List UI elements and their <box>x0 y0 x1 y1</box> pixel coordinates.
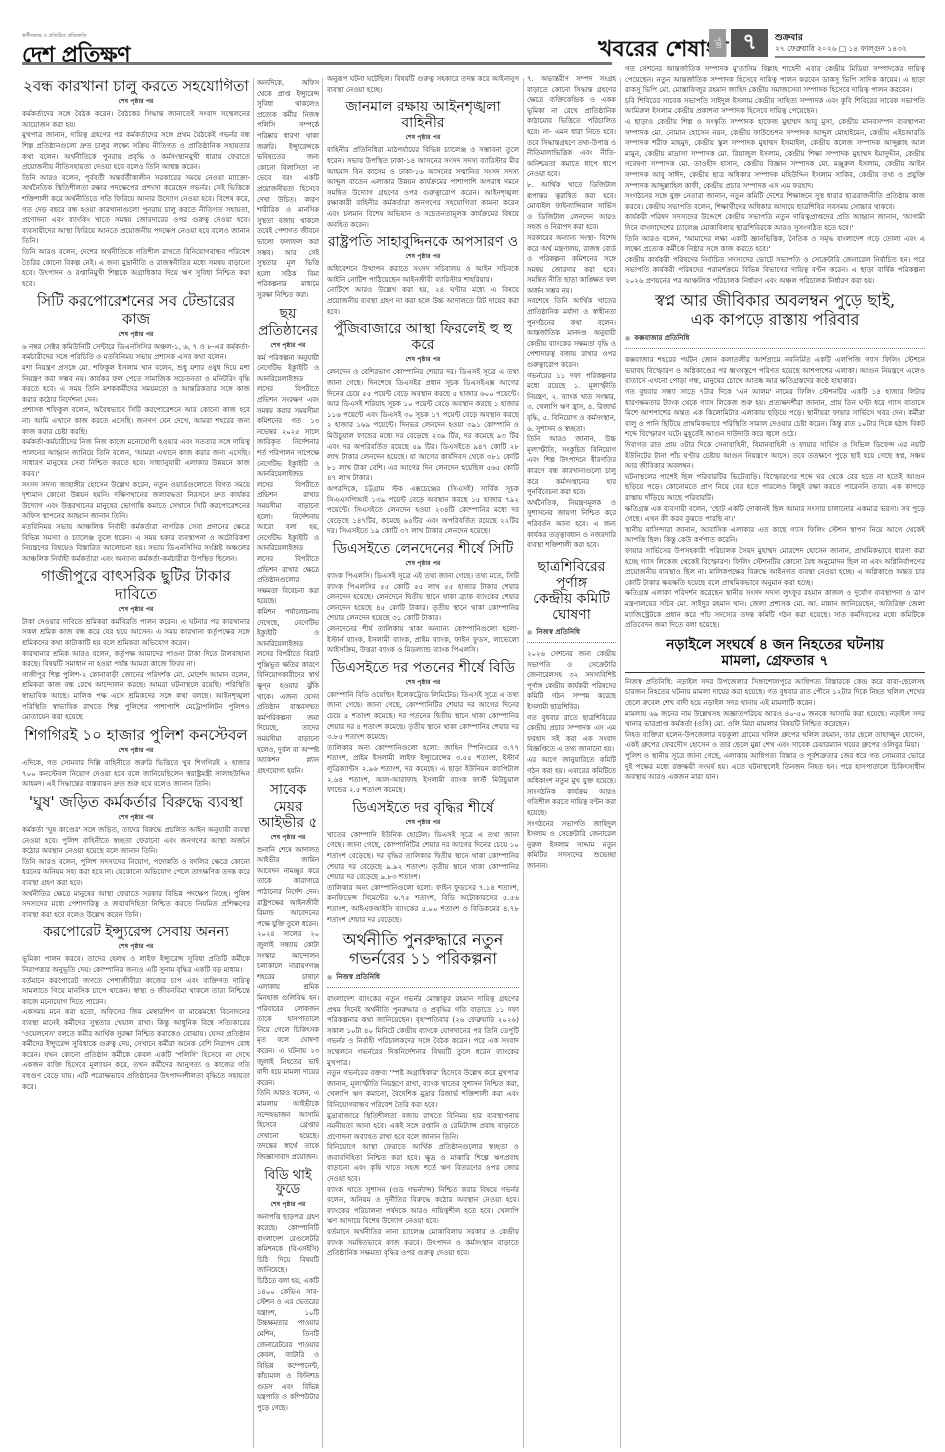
paragraph: সংগঠনের সঙ্গে যুক্ত নেতারা জানান, নতুন ক… <box>625 191 925 212</box>
paragraph: তিনি আরও বলেন, পূর্ববর্তী অন্তর্বর্তীকাল… <box>22 173 250 247</box>
paragraph: মশা নিয়ন্ত্রণ প্রসঙ্গে মো. শফিকুল ইসলাম… <box>22 363 250 405</box>
paragraph: অর্থনৈতিক, নিয়ন্ত্রণমূলক ও সুশাসনের জায… <box>527 498 616 551</box>
paragraph: তিনি আরও বলেন, পুলিশ সদস্যদের নিয়োগ, পদ… <box>22 857 250 889</box>
headline[interactable]: শিগগিরই ১০ হাজার পুলিশ কনস্টেবল <box>22 727 250 744</box>
headline[interactable]: 'ঘুষ' জড়িত কর্মকর্তার বিরুদ্ধে ব্যবস্থা <box>22 794 250 811</box>
article-dse-top-loser: ডিএসইতে দর পতনের শীর্ষে বিডি শেষ পৃষ্ঠার… <box>327 660 519 796</box>
paragraph: তিনি আরও বলেন, এ মামলায় আইভীকে সন্দেহভা… <box>257 1088 319 1162</box>
paragraph: ব্যাংক পিএলসি। ডিএসই সূত্রে এই তথ্য জানা… <box>327 571 519 624</box>
article-shibir-continued: গত সেশনের আন্তর্জাতিক সম্পাদক মু'তাসিম ব… <box>625 64 925 286</box>
article-dse-top-gainer: ডিএসইতে দর বৃদ্ধির শীর্ষে শেষ পৃষ্ঠার পর… <box>327 800 519 925</box>
masthead-rule-right <box>775 56 925 58</box>
paragraph: ক্ষতিগ্রস্ত এলাকা পরিদর্শন করেছেন স্থানী… <box>625 588 925 630</box>
paragraph: সংগঠনের সভাপতি জাহিদুল ইসলাম ও সেক্রেটার… <box>527 819 616 872</box>
byline: নিজস্ব প্রতিনিধি <box>327 971 519 983</box>
column-3: অনুরূপ ঘটনা ঘটেছিল। বিষয়টি গুরুত্ব সহকা… <box>327 74 519 1450</box>
headline-line-2[interactable]: গভর্নরের ১১ পরিকল্পনা <box>327 950 519 968</box>
paragraph: ফায়ার সার্ভিসের উপসহকারী পরিচালক সৈয়দ … <box>625 546 925 588</box>
continued-label: শেষ পৃষ্ঠার পর <box>22 604 250 615</box>
continued-label: শেষ পৃষ্ঠার পর <box>327 251 519 262</box>
article-stock-market-confidence: পুঁজিবাজারে আস্থা ফিরলেই হু হু করে শেষ প… <box>327 321 519 537</box>
paragraph: কেন্দ্রীয় কার্যকরী পরিষদের নির্বাচিত সদ… <box>625 255 925 287</box>
paragraph: অনাপত্তি ছাড়পত্র গ্রহণ করেছে। কোম্পানিট… <box>257 1212 319 1276</box>
paragraph: তিনি আরও বলেন, 'আমাদের লক্ষ্য একটি জ্ঞান… <box>625 234 925 255</box>
paragraph: কোম্পানি বিডি ওয়েল্ডিং ইলেকট্রোড লিমিটে… <box>327 690 519 743</box>
headline-line-2[interactable]: কেন্দ্রীয় কমিটি <box>527 591 616 607</box>
column-divider <box>322 78 323 1448</box>
paragraph: ব্যাংক খাতে সুশাসন (গুড গভর্ন্যান্স) নিশ… <box>327 1185 519 1227</box>
byline: কক্সবাজার প্রতিনিধি <box>625 332 925 344</box>
headline-line-2[interactable]: আইভীর ৫ <box>257 815 319 831</box>
article-shibir-committee: ছাত্রশিবিরের পূর্ণাঙ্গ কেন্দ্রীয় কমিটি … <box>527 559 616 872</box>
headline-line-1[interactable]: নড়াইলে সংঘর্ষে ৪ জন নিহতের ঘটনায় <box>625 637 925 653</box>
paragraph: গত বুধবার সন্ধ্যা সাড়ে ৭টার দিকে 'এন আল… <box>625 387 925 440</box>
column-5: গত সেশনের আন্তর্জাতিক সম্পাদক মু'তাসিম ব… <box>625 64 925 1450</box>
paragraph: বর্তমানে করপোরেট জগতে পেশাজীবীরা কাজের চ… <box>22 976 250 1008</box>
paragraph: তিনি আরও জানান, উচ্চ মূল্যস্ফীতি, সংকুচি… <box>527 434 616 498</box>
column-divider <box>253 78 254 1448</box>
paragraph: বর্তমানে অর্থনীতির নানা চ্যালেঞ্জ মোকাবি… <box>327 1227 519 1259</box>
headline-line-1[interactable]: ছাত্রশিবিরের পূর্ণাঙ্গ <box>527 559 616 591</box>
paragraph: মতবিনিময় সভায় আঞ্চলিক নির্বাহী কর্মকর্… <box>22 522 250 564</box>
continued-label: শেষ পৃষ্ঠার পর <box>327 132 519 143</box>
paragraph: বাহিনীর প্রতিনিধিরা মাঠপর্যায়ের বিভিন্ন… <box>327 145 519 230</box>
paragraph: ভূমিকা পালন করবে। তাদের হেলথ ও লাইফ ইন্স… <box>22 954 250 975</box>
divider <box>327 987 519 988</box>
paragraph: লেনদেন ও বেশিরভাগ কোম্পানির শেয়ার দর। ড… <box>327 367 519 484</box>
continued-label: শেষ পৃষ্ঠার পর <box>22 941 250 952</box>
paragraph: অধিবেশনে উত্থাপন করাতে সংসদ সচিবালয় ও আ… <box>327 264 519 285</box>
paragraph: ক্ষতিগ্রস্ত এক ব্যবসায়ী বলেন, 'ছোট একটি… <box>625 504 925 525</box>
paragraph: ৬ নম্বর সেক্টর কমিউনিটি সেন্টারে ডিএনসিস… <box>22 342 250 363</box>
paragraph: ২০২৪ সালের ২০ জুলাই সন্ধ্যায় কোটা সংস্ক… <box>257 929 319 1088</box>
article-corporate-insurance: করপোরেট ইন্স্যুরেন্স সেবায় অনন্য শেষ পৃ… <box>22 924 250 1092</box>
paragraph: স্থানীয় বাসিন্দারা জানান, আবাসিক এলাকার… <box>625 525 925 546</box>
article-six-institutions: ছয় প্রতিষ্ঠানের শেষ পৃষ্ঠার পর কর্ম পরি… <box>257 306 319 776</box>
masthead-rule <box>22 62 612 65</box>
column-2: অন্যদিকে, অফিস থেকে প্রাপ্ত ইন্স্যুরেন্স… <box>257 78 319 1450</box>
page-label: পৃষ্ঠা <box>709 29 726 57</box>
continued-label: শেষ পৃষ্ঠার পর <box>257 832 319 843</box>
article-police-constable: শিগগিরই ১০ হাজার পুলিশ কনস্টেবল শেষ পৃষ্… <box>22 727 250 790</box>
paragraph: বাংলাদেশ ব্যাংকের নতুন গভর্নর মোস্তাকুর … <box>327 994 519 1068</box>
headline-line-3[interactable]: ঘোষণা <box>527 607 616 623</box>
article-dse-top-transaction: ডিএসইতে লেনদেনের শীর্ষে সিটি শেষ পৃষ্ঠার… <box>327 541 519 656</box>
paragraph: মুখপাত্র জানান, দায়িত্ব গ্রহণের পর কর্ম… <box>22 130 250 172</box>
paragraph: গত বুধবার রাতে ছাত্রশিবিরের কেন্দ্রীয় প… <box>527 713 616 755</box>
paragraph: নতুন গভর্নরের বক্তব্য 'স্পষ্ট অগ্রাধিকার… <box>327 1068 519 1110</box>
continued-label: শেষ পৃষ্ঠার পর <box>22 96 250 107</box>
paragraph: কর্মকর্তা-কর্মচারীদের নিজ নিজ কাজে মনোযো… <box>22 437 250 479</box>
paragraph: লেনদেনের শীর্ষ তালিকায় থাকা অন্যান্য কো… <box>327 624 519 656</box>
publication-date: ২৭ ফেব্রুয়ারি ২০২৬ □ ১৪ ফাল্গুন ১৪৩২ <box>775 44 907 56</box>
paragraph: ঘটনাস্থলের পাশেই ছিল পরিবারটির ভিটেবাড়ি… <box>625 472 925 504</box>
paragraph: অন্যদিকে, অফিস থেকে প্রাপ্ত ইন্স্যুরেন্স… <box>257 78 319 300</box>
paragraph: প্রশাসক শফিকুল বলেন, অবৈধভাবে সিটি করপোর… <box>22 405 250 437</box>
article-president-removal: রাষ্ট্রপতি সাহাবুদ্দিনকে অপসারণ ও শেষ পৃ… <box>327 234 519 317</box>
byline: নিজস্ব প্রতিনিধি <box>527 626 616 638</box>
paragraph: সংসদ সদস্য জাহাঙ্গীর হোসেন উল্লেখ করেন, … <box>22 480 250 522</box>
paragraph: কর্মকর্তাদের সঙ্গে বৈঠক করেন। বৈঠকের সিদ… <box>22 109 250 130</box>
paragraph: নিজস্ব প্রতিনিধি: নড়াইল সদর উপজেলার সিঙ… <box>625 677 925 709</box>
paragraph: এ ছাড়াও কেন্দ্রীয় শিল্প ও সংস্কৃতি সম্… <box>625 117 925 191</box>
paragraph: নোটিশে আরও উল্লেখ করা হয়, ২৪ ঘণ্টার মধ্… <box>327 285 519 317</box>
headline[interactable]: ডিএসইতে দর পতনের শীর্ষে বিডি <box>327 660 519 676</box>
paragraph: কর্ম পরিকল্পনা অনুযায়ী নেগেটিভ ইক্যুইটি… <box>257 353 319 607</box>
paragraph: কারখানার শ্রমিক আরও বলেন, কর্তৃপক্ষ আমাদ… <box>22 649 250 670</box>
column-4: ৭. অভ্যন্তরীণ সম্পদ সংগ্রহ বাড়াতে কোনো … <box>527 74 616 1450</box>
headline-line-1[interactable]: স্বপ্ন আর জীবিকার অবলম্বন পুড়ে ছাই, <box>625 292 925 310</box>
headline[interactable]: পুঁজিবাজারে আস্থা ফিরলেই হু হু করে <box>327 321 519 353</box>
paragraph: অর্থনীতির ক্ষেত্রে মানুষের আস্থা ফেরাতে … <box>22 889 250 921</box>
article-factory-cooperation: ২বন্ধ কারখানা চালু করতে সহযোগিতা শেষ পৃষ… <box>22 78 250 289</box>
paragraph: চিঠিতে বলা হয়, একটি ১৪০০ কেভিএ সাব-স্টে… <box>257 1276 319 1414</box>
headline[interactable]: রাষ্ট্রপতি সাহাবুদ্দিনকে অপসারণ ও <box>327 234 519 250</box>
continued-label: শেষ পৃষ্ঠার পর <box>327 817 519 828</box>
article-coxsbazar-fire: স্বপ্ন আর জীবিকার অবলম্বন পুড়ে ছাই, এক … <box>625 292 925 630</box>
page-number: ৭ <box>731 29 768 57</box>
article-narail-clash: নড়াইলে সংঘর্ষে ৪ জন নিহতের ঘটনায় মামলা… <box>625 637 925 783</box>
continued-label: শেষ পৃষ্ঠার পর <box>22 745 250 756</box>
paragraph: ৭. অভ্যন্তরীণ সম্পদ সংগ্রহ বাড়াতে কোনো … <box>527 74 616 180</box>
paragraph: তালিকার অন্য কোম্পানিগুলো হলো: জাহিন স্প… <box>327 743 519 796</box>
paragraph: মামলায় ৬৯ জনের নাম উল্লেখসহ অজ্ঞাতপরিচয… <box>625 709 925 730</box>
paragraph: খাতের কোম্পানি ইউনিক হোটেল। ডিএসই সূত্রে… <box>327 830 519 883</box>
paragraph: অপরদিকে, চট্টগ্রাম স্টক এক্সচেঞ্জের (সিএ… <box>327 484 519 537</box>
paragraph: সরকারের অন্যান্য সংস্থা- বিশেষ করে অর্থ … <box>527 233 616 297</box>
column-1: ২বন্ধ কারখানা চালু করতে সহযোগিতা শেষ পৃষ… <box>22 78 250 1450</box>
paragraph: কমিশন পর্যালোচনায় দেখেছে, নেগেটিভ ইক্যু… <box>257 607 319 777</box>
column-divider <box>523 78 524 1448</box>
headline[interactable]: বিডি থাই ফুডে <box>257 1169 319 1199</box>
continued-label: শেষ পৃষ্ঠার পর <box>257 340 319 351</box>
paragraph: টাকা দেওয়ার দাবিতে শ্রমিকরা কর্মবিরতি প… <box>22 617 250 649</box>
headline[interactable]: ডিএসইতে লেনদেনের শীর্ষে সিটি <box>327 541 519 557</box>
headline-line-2[interactable]: মামলা, গ্রেফতার ৭ <box>625 653 925 669</box>
headline[interactable]: ২বন্ধ কারখানা চালু করতে সহযোগিতা <box>22 78 250 95</box>
article-gazipur-leave: গাজীপুরে বাৎসরিক ছুটির টাকার দাবিতে শেষ … <box>22 568 250 722</box>
headline-line-1[interactable]: সাবেক মেয়র <box>257 782 319 814</box>
paragraph: ২০২৬ সেশনের জন্য কেন্দ্রীয় সভাপতি ও সেক… <box>527 649 616 713</box>
paragraph: দিবাগত রাত প্রায় ৩টার দিকে সেনাবাহিনী, … <box>625 440 925 472</box>
paragraph: মুদ্রাবাজারে স্থিতিশীলতা বজায় রাখতে বিন… <box>327 1111 519 1143</box>
headline-line-2[interactable]: এক কাপড়ে রাস্তায় পরিবার <box>625 311 925 329</box>
column-divider <box>620 78 621 1448</box>
continued-label: শেষ পৃষ্ঠার পর <box>22 812 250 823</box>
headline[interactable]: করপোরেট ইন্স্যুরেন্স সেবায় অনন্য <box>22 924 250 940</box>
headline-line-1[interactable]: অর্থনীতি পুনরুদ্ধারে নতুন <box>327 931 519 949</box>
paragraph: গভর্নরের ১১ দফা পরিকল্পনার মধ্যে রয়েছে … <box>527 371 616 435</box>
continued-label: শেষ পৃষ্ঠার পর <box>327 354 519 365</box>
paragraph: সবশেষে তিনি আর্থিক খাতের প্রাতিষ্ঠানিক ম… <box>527 296 616 370</box>
article-bribe-action: 'ঘুষ' জড়িত কর্মকর্তার বিরুদ্ধে ব্যবস্থা… <box>22 794 250 921</box>
article-governor-plans: অর্থনীতি পুনরুদ্ধারে নতুন গভর্নরের ১১ পর… <box>327 931 519 1259</box>
newspaper-logo[interactable]: দেশ প্রতিক্ষণ <box>22 38 130 75</box>
continued-label: শেষ পৃষ্ঠার পর <box>257 1199 319 1210</box>
article-law-enforcement: জানমাল রক্ষায় আইনশৃঙ্খলা বাহিনীর শেষ পৃ… <box>327 99 519 230</box>
paragraph: তিনি আরও বলেন, দেশের অর্থনীতিকে গতিশীল র… <box>22 247 250 289</box>
headline[interactable]: ডিএসইতে দর বৃদ্ধির শীর্ষে <box>327 800 519 816</box>
headline[interactable]: সিটি করপোরেশনের সব টেন্ডারের কাজ <box>22 293 250 328</box>
masthead: স্বাধীনতার ও প্রতিষ্ঠিত প্রতিশ্রুতি দেশ … <box>0 0 945 58</box>
publication-day: শুক্রবার <box>775 30 803 45</box>
paragraph: ৮. আর্থিক খাতে ডিজিটাল রূপান্তর ত্বরান্ব… <box>527 180 616 233</box>
paragraph: কর্মকর্তা 'ঘুষ কাণ্ডের' সঙ্গে জড়িত, তাদ… <box>22 825 250 857</box>
paragraph: পুলিশ ও স্থানীয় সূত্রে জানা গেছে, এলাকা… <box>625 751 925 783</box>
paragraph: গত সেশনের আন্তর্জাতিক সম্পাদক মু'তাসিম ব… <box>625 64 925 96</box>
article-bd-thai-food: বিডি থাই ফুডে শেষ পৃষ্ঠার পর অনাপত্তি ছা… <box>257 1169 319 1414</box>
continued-label: শেষ পৃষ্ঠার পর <box>22 329 250 340</box>
article-city-corporation: সিটি করপোরেশনের সব টেন্ডারের কাজ শেষ পৃষ… <box>22 293 250 564</box>
paragraph: কার্যকরী পরিষদ সদস্যদের উদ্দেশে কেন্দ্রী… <box>625 212 925 233</box>
paragraph: নিহত ব্যক্তিরা হলেন-উপজেলার বড়কুলা গ্রা… <box>625 730 925 751</box>
divider <box>625 348 925 349</box>
paragraph: একসময় মনে করা হতো, অফিসের জিম মেম্বারশি… <box>22 1007 250 1092</box>
headline[interactable]: ছয় প্রতিষ্ঠানের <box>257 306 319 338</box>
divider <box>625 672 925 673</box>
paragraph: চবি শিবিরের সাবেক সভাপতি সাইদুল ইসলাম কে… <box>625 96 925 117</box>
divider <box>527 642 616 643</box>
paragraph: এদিকে, গত সোমবার দিল্লি বাহিনীতে জরুরি ভ… <box>22 758 250 790</box>
paragraph: অনুরূপ ঘটনা ঘটেছিল। বিষয়টি গুরুত্ব সহকা… <box>327 74 519 95</box>
headline[interactable]: গাজীপুরে বাৎসরিক ছুটির টাকার দাবিতে <box>22 568 250 603</box>
paragraph: শুনানি শেষে আদালত আইভীর জামিন আবেদন নামঞ… <box>257 845 319 930</box>
paragraph: কক্সবাজার শহরের পর্যটন জোন কলাতলীর আর্শপ… <box>625 355 925 387</box>
article-ivy: সাবেক মেয়র আইভীর ৫ শেষ পৃষ্ঠার পর শুনান… <box>257 782 319 1162</box>
paragraph: তালিকার অন্য কোম্পানিগুলো হলো: ফাইন ফুডস… <box>327 883 519 925</box>
paragraph: গাজীপুর শিল্প পুলিশ-২ কোনাবাড়ী জোনের পর… <box>22 670 250 723</box>
continued-label: শেষ পৃষ্ঠার পর <box>327 677 519 688</box>
headline[interactable]: জানমাল রক্ষায় আইনশৃঙ্খলা বাহিনীর <box>327 99 519 131</box>
paragraph: এর আগে জানুয়ারিতে কমিটি গঠন করা হয়। এব… <box>527 755 616 819</box>
continued-label: শেষ পৃষ্ঠার পর <box>327 558 519 569</box>
paragraph: বিনিয়োগে আস্থা ফেরাতে আর্থিক প্রতিষ্ঠান… <box>327 1142 519 1184</box>
